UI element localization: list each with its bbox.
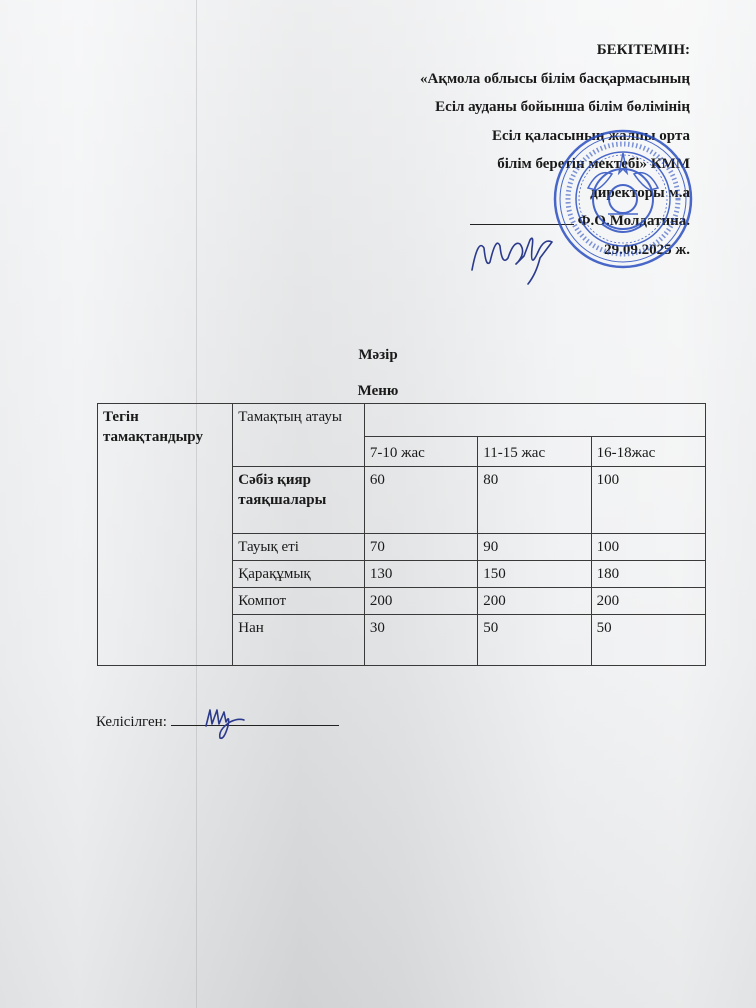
dish-name: Тауық еті xyxy=(233,534,365,561)
portion-cell: 100 xyxy=(591,534,705,561)
approval-block: БЕКІТЕМІН: «Ақмола облысы білім басқарма… xyxy=(420,36,690,264)
approval-line-4: білім беретін мектебі» КММ xyxy=(420,150,690,179)
portion-cell: 200 xyxy=(364,588,477,615)
signatory-row: Ф.О.Молдатина. xyxy=(420,207,690,236)
portion-cell: 150 xyxy=(478,561,591,588)
age-group-header: 16-18жас xyxy=(591,437,705,467)
portion-cell: 30 xyxy=(364,615,477,666)
portion-cell: 130 xyxy=(364,561,477,588)
category-cell: Тегін тамақтандыру xyxy=(98,404,233,666)
dish-name-header: Тамақтың атауы xyxy=(233,404,365,467)
age-group-header: 7-10 жас xyxy=(364,437,477,467)
dish-name: Сәбіз қияр таяқшалары xyxy=(233,467,365,534)
page-title-kazakh: Мәзір xyxy=(0,347,756,364)
portion-cell: 60 xyxy=(364,467,477,534)
agreed-signature-line xyxy=(171,715,339,726)
portion-cell: 50 xyxy=(478,615,591,666)
portion-cell: 100 xyxy=(591,467,705,534)
approval-heading: БЕКІТЕМІН: xyxy=(420,36,690,65)
menu-table: Тегін тамақтандыру Тамақтың атауы 7-10 ж… xyxy=(97,403,706,666)
dish-name: Компот xyxy=(233,588,365,615)
approval-line-2: Есіл ауданы бойынша білім бөлімінің xyxy=(420,93,690,122)
dish-name: Нан xyxy=(233,615,365,666)
portion-cell: 180 xyxy=(591,561,705,588)
dish-name: Қарақұмық xyxy=(233,561,365,588)
signatory-name: Ф.О.Молдатина. xyxy=(578,213,690,229)
portion-cell: 90 xyxy=(478,534,591,561)
portion-cell: 200 xyxy=(478,588,591,615)
page-title-russian: Меню xyxy=(0,383,756,400)
agreed-label: Келісілген: xyxy=(96,714,167,730)
portion-cell: 200 xyxy=(591,588,705,615)
age-groups-header xyxy=(364,404,705,437)
approval-line-1: «Ақмола облысы білім басқармасының xyxy=(420,65,690,94)
portion-cell: 80 xyxy=(478,467,591,534)
portion-cell: 50 xyxy=(591,615,705,666)
signature-line xyxy=(470,224,574,225)
age-group-header: 11-15 жас xyxy=(478,437,591,467)
approval-line-3: Есіл қаласының жалпы орта xyxy=(420,122,690,151)
approval-line-5: директоры м.а xyxy=(420,179,690,208)
portion-cell: 70 xyxy=(364,534,477,561)
agreed-block: Келісілген: xyxy=(96,714,339,731)
approval-date: 29.09.2025 ж. xyxy=(420,236,690,265)
table-header-row: Тегін тамақтандыру Тамақтың атауы xyxy=(98,404,706,437)
